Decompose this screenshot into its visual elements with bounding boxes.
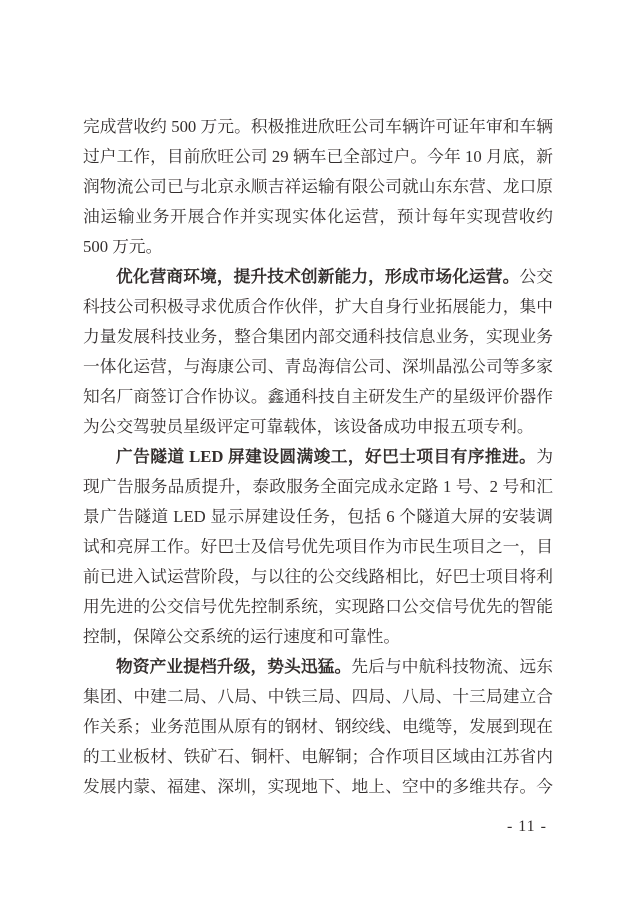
body-text: 一体化运营，与海康公司、青岛海信公司、深圳晶泓公司等多家 <box>83 357 553 376</box>
text-line: 一体化运营，与海康公司、青岛海信公司、深圳晶泓公司等多家 <box>83 352 553 382</box>
body-text: 过户工作，目前欣旺公司 29 辆车已全部过户。今年 10 月底，新 <box>83 147 553 166</box>
text-line: 前已进入试运营阶段，与以往的公交线路相比，好巴士项目将利 <box>83 562 553 592</box>
text-line: 景广告隧道 LED 显示屏建设任务，包括 6 个隧道大屏的安装调 <box>83 502 553 532</box>
text-line: 的工业板材、铁矿石、铜杆、电解铜；合作项目区域由江苏省内 <box>83 742 553 772</box>
text-line: 集团、中建二局、八局、中铁三局、四局、八局、十三局建立合 <box>83 682 553 712</box>
body-text: 试和亮屏工作。好巴士及信号优先项目作为市民生项目之一，目 <box>83 537 553 556</box>
text-line: 用先进的公交信号优先控制系统，实现路口公交信号优先的智能 <box>83 592 553 622</box>
text-line: 科技公司积极寻求优质合作伙伴，扩大自身行业拓展能力，集中 <box>83 292 553 322</box>
text-line: 试和亮屏工作。好巴士及信号优先项目作为市民生项目之一，目 <box>83 532 553 562</box>
text-line: 广告隧道 LED 屏建设圆满竣工，好巴士项目有序推进。为实 <box>83 442 553 472</box>
text-line: 力量发展科技业务，整合集团内部交通科技信息业务，实现业务 <box>83 322 553 352</box>
document-body: 完成营收约 500 万元。积极推进欣旺公司车辆许可证年审和车辆过户工作，目前欣旺… <box>83 112 553 802</box>
body-text: 力量发展科技业务，整合集团内部交通科技信息业务，实现业务 <box>83 327 553 346</box>
text-line: 现广告服务品质提升，泰政服务全面完成永定路 1 号、2 号和汇 <box>83 472 553 502</box>
body-text: 润物流公司已与北京永顺吉祥运输有限公司就山东东营、龙口原 <box>83 177 553 196</box>
document-page: 完成营收约 500 万元。积极推进欣旺公司车辆许可证年审和车辆过户工作，目前欣旺… <box>0 0 636 900</box>
bold-lead-text: 物资产业提档升级，势头迅猛。 <box>116 657 351 676</box>
text-line: 完成营收约 500 万元。积极推进欣旺公司车辆许可证年审和车辆 <box>83 112 553 142</box>
body-text: 前已进入试运营阶段，与以往的公交线路相比，好巴士项目将利 <box>83 567 553 586</box>
body-text: 完成营收约 500 万元。积极推进欣旺公司车辆许可证年审和车辆 <box>83 117 553 136</box>
body-text: 控制，保障公交系统的运行速度和可靠性。 <box>83 627 400 646</box>
body-text: 集团、中建二局、八局、中铁三局、四局、八局、十三局建立合 <box>83 687 553 706</box>
body-text: 公交 <box>520 267 554 286</box>
text-line: 控制，保障公交系统的运行速度和可靠性。 <box>83 622 553 652</box>
text-line: 作关系；业务范围从原有的钢材、钢绞线、电缆等，发展到现在 <box>83 712 553 742</box>
text-line: 500 万元。 <box>83 232 553 262</box>
bold-lead-text: 广告隧道 LED 屏建设圆满竣工，好巴士项目有序推进。 <box>116 447 536 466</box>
text-line: 发展内蒙、福建、深圳，实现地下、地上、空中的多维共存。今 <box>83 772 553 802</box>
body-text: 知名厂商签订合作协议。鑫通科技自主研发生产的星级评价器作 <box>83 387 553 406</box>
text-line: 过户工作，目前欣旺公司 29 辆车已全部过户。今年 10 月底，新 <box>83 142 553 172</box>
body-text: 现广告服务品质提升，泰政服务全面完成永定路 1 号、2 号和汇 <box>83 477 553 496</box>
body-text: 先后与中航科技物流、远东 <box>351 657 553 676</box>
body-text: 的工业板材、铁矿石、铜杆、电解铜；合作项目区域由江苏省内 <box>83 747 553 766</box>
text-line: 为公交驾驶员星级评定可靠载体，该设备成功申报五项专利。 <box>83 412 553 442</box>
body-text: 发展内蒙、福建、深圳，实现地下、地上、空中的多维共存。今 <box>83 777 553 796</box>
bold-lead-text: 优化营商环境，提升技术创新能力，形成市场化运营。 <box>116 267 520 286</box>
body-text: 用先进的公交信号优先控制系统，实现路口公交信号优先的智能 <box>83 597 553 616</box>
body-text: 500 万元。 <box>83 237 162 256</box>
body-text: 作关系；业务范围从原有的钢材、钢绞线、电缆等，发展到现在 <box>83 717 553 736</box>
text-line: 物资产业提档升级，势头迅猛。先后与中航科技物流、远东 <box>83 652 553 682</box>
text-line: 润物流公司已与北京永顺吉祥运输有限公司就山东东营、龙口原 <box>83 172 553 202</box>
body-text: 科技公司积极寻求优质合作伙伴，扩大自身行业拓展能力，集中 <box>83 297 553 316</box>
text-line: 油运输业务开展合作并实现实体化运营，预计每年实现营收约 <box>83 202 553 232</box>
text-line: 知名厂商签订合作协议。鑫通科技自主研发生产的星级评价器作 <box>83 382 553 412</box>
body-text: 景广告隧道 LED 显示屏建设任务，包括 6 个隧道大屏的安装调 <box>83 507 553 526</box>
body-text: 为公交驾驶员星级评定可靠载体，该设备成功申报五项专利。 <box>83 417 534 436</box>
body-text: 油运输业务开展合作并实现实体化运营，预计每年实现营收约 <box>83 207 553 226</box>
page-number: - 11 - <box>507 817 547 837</box>
text-line: 优化营商环境，提升技术创新能力，形成市场化运营。公交 <box>83 262 553 292</box>
